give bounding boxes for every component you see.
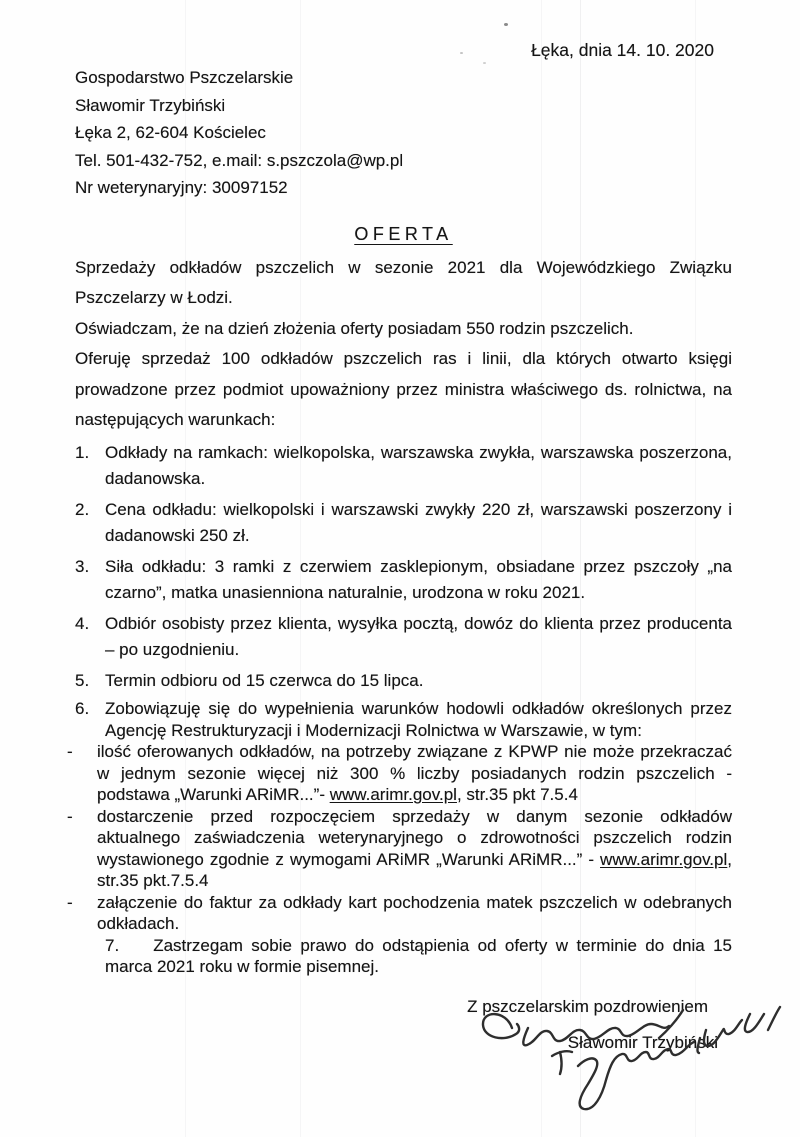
list-item-text: Zobowiązuję się do wypełnienia warunków … bbox=[105, 698, 732, 741]
dash-list-item: - ilość oferowanych odkładów, na potrzeb… bbox=[67, 741, 732, 806]
list-item-number: 2. bbox=[75, 497, 105, 550]
dash-item-text: dostarczenie przed rozpoczęciem sprzedaż… bbox=[97, 806, 732, 892]
list-item-text: Cena odkładu: wielkopolski i warszawski … bbox=[105, 497, 732, 550]
list-item: 6. Zobowiązuję się do wypełnienia warunk… bbox=[75, 698, 732, 741]
dash-marker: - bbox=[67, 741, 97, 806]
dash-item-text: ilość oferowanych odkładów, na potrzeby … bbox=[97, 741, 732, 806]
list-item: 3. Siła odkładu: 3 ramki z czerwiem zask… bbox=[75, 554, 732, 607]
sender-vet-number: Nr weterynaryjny: 30097152 bbox=[75, 174, 732, 202]
offer-terms-intro: Oferuję sprzedaż 100 odkładów pszczelich… bbox=[75, 344, 732, 436]
arimr-url-text: www.arimr.gov.pl bbox=[600, 850, 727, 869]
list-item-text: Odbiór osobisty przez klienta, wysyłka p… bbox=[105, 611, 732, 664]
handwritten-signature bbox=[468, 1002, 798, 1132]
clause-7-number: 7. bbox=[105, 936, 119, 955]
list-item: 1. Odkłady na ramkach: wielkopolska, war… bbox=[75, 440, 732, 493]
offer-subject-paragraph: Sprzedaży odkładów pszczelich w sezonie … bbox=[75, 253, 732, 314]
dash-item-text: załączenie do faktur za odkłady kart poc… bbox=[97, 892, 732, 935]
dash-marker: - bbox=[67, 806, 97, 892]
sender-block: Gospodarstwo Pszczelarskie Sławomir Trzy… bbox=[75, 64, 732, 202]
dash-item-text-pre: załączenie do faktur za odkłady kart poc… bbox=[97, 893, 732, 934]
sender-address: Łęka 2, 62-604 Kościelec bbox=[75, 119, 732, 147]
dash-list-item: - dostarczenie przed rozpoczęciem sprzed… bbox=[67, 806, 732, 892]
dash-list-item: - załączenie do faktur za odkłady kart p… bbox=[67, 892, 732, 935]
sender-contact: Tel. 501-432-752, e.mail: s.pszczola@wp.… bbox=[75, 147, 732, 175]
clause-7-text: Zastrzegam sobie prawo do odstąpienia od… bbox=[105, 936, 732, 977]
list-item: 2. Cena odkładu: wielkopolski i warszaws… bbox=[75, 497, 732, 550]
letter-body: Gospodarstwo Pszczelarskie Sławomir Trzy… bbox=[75, 0, 732, 1054]
list-item-number: 3. bbox=[75, 554, 105, 607]
list-item-number: 1. bbox=[75, 440, 105, 493]
sender-name: Sławomir Trzybiński bbox=[75, 92, 732, 120]
list-item-text: Termin odbioru od 15 czerwca do 15 lipca… bbox=[105, 668, 732, 695]
list-item: 4. Odbiór osobisty przez klienta, wysyłk… bbox=[75, 611, 732, 664]
dash-list: - ilość oferowanych odkładów, na potrzeb… bbox=[75, 741, 732, 935]
scanned-document-page: Łęka, dnia 14. 10. 2020 Gospodarstwo Psz… bbox=[0, 0, 800, 1137]
document-title: OFERTA bbox=[75, 224, 732, 245]
list-item-text: Siła odkładu: 3 ramki z czerwiem zasklep… bbox=[105, 554, 732, 607]
declaration-paragraph: Oświadczam, że na dzień złożenia oferty … bbox=[75, 314, 732, 345]
numbered-list: 1. Odkłady na ramkach: wielkopolska, war… bbox=[75, 440, 732, 742]
dash-marker: - bbox=[67, 892, 97, 935]
list-item-number: 5. bbox=[75, 668, 105, 695]
clause-7-paragraph: 7.Zastrzegam sobie prawo do odstąpienia … bbox=[75, 935, 732, 978]
list-item-text: Odkłady na ramkach: wielkopolska, warsza… bbox=[105, 440, 732, 493]
list-item: 5. Termin odbioru od 15 czerwca do 15 li… bbox=[75, 668, 732, 695]
sender-company: Gospodarstwo Pszczelarskie bbox=[75, 64, 732, 92]
dash-item-text-post: , str.35 pkt 7.5.4 bbox=[457, 785, 578, 804]
list-item-number: 6. bbox=[75, 698, 105, 741]
arimr-url-text: www.arimr.gov.pl bbox=[330, 785, 457, 804]
list-item-number: 4. bbox=[75, 611, 105, 664]
